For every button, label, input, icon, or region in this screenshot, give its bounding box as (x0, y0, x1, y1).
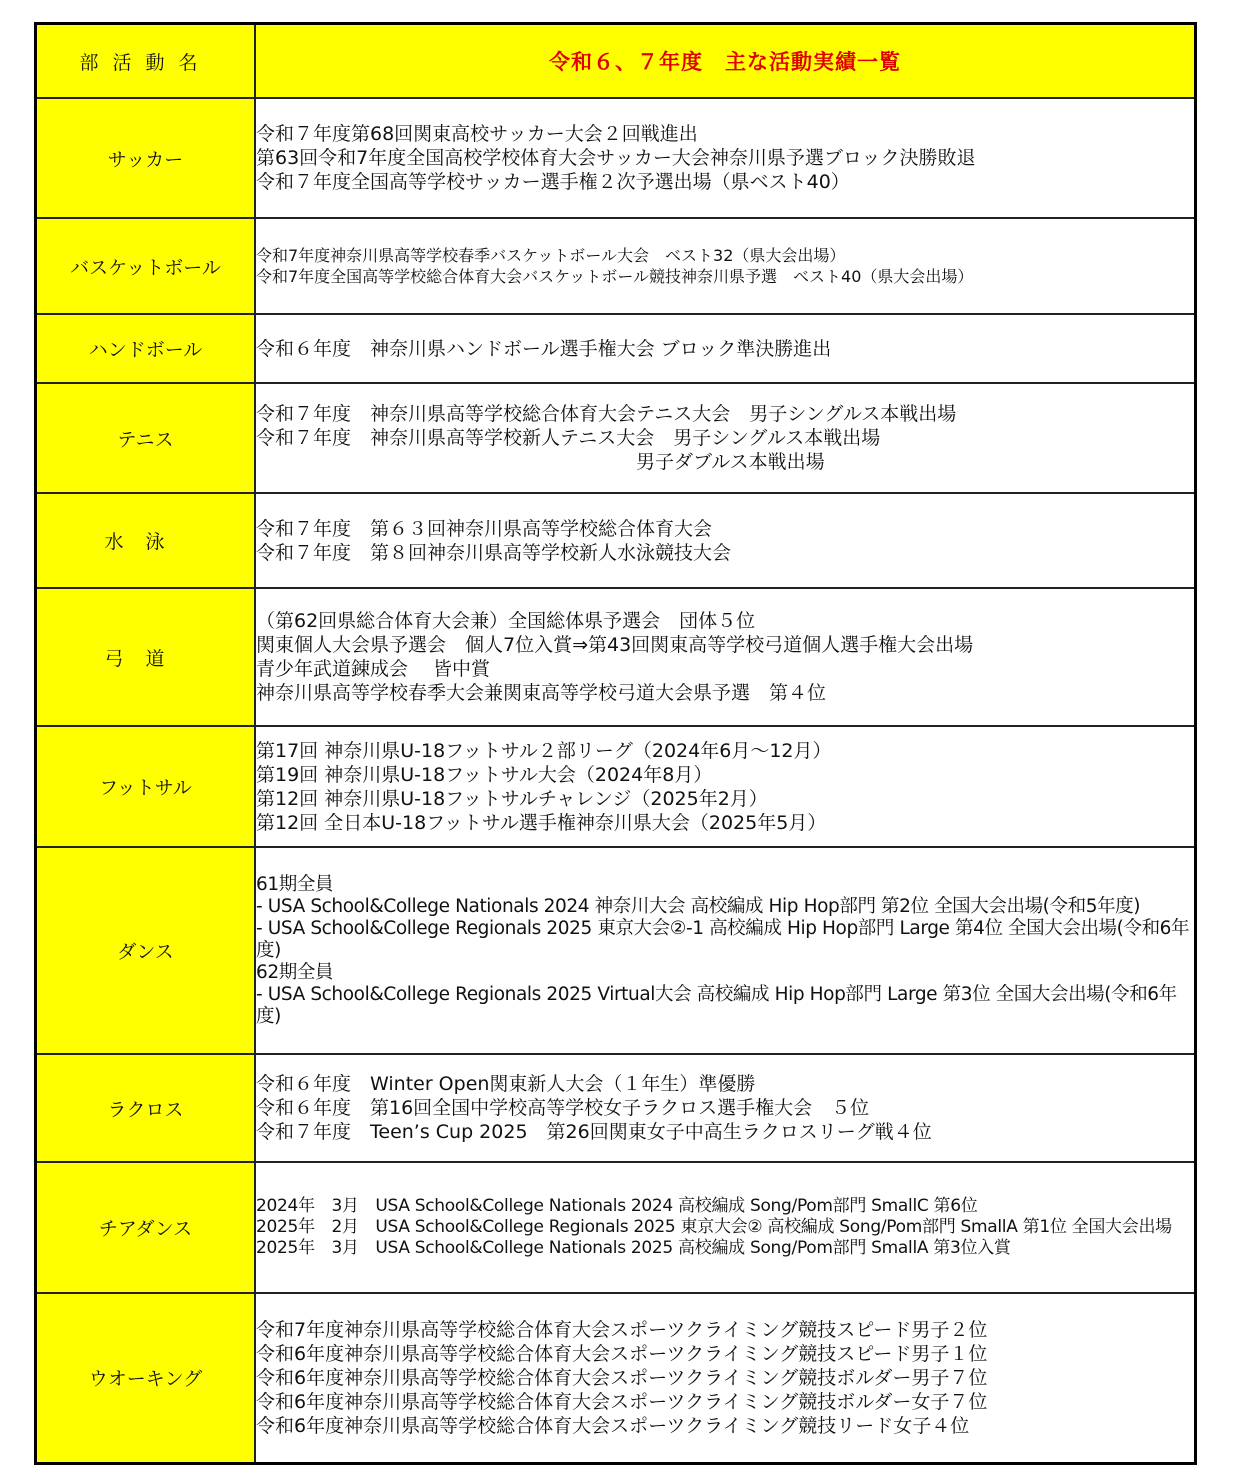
achievement-line: 令和６年度 第16回全国中学校高等学校女子ラクロス選手権大会 ５位 (256, 1096, 1194, 1120)
achievements-cell: 第17回 神奈川県U-18フットサル２部リーグ（2024年6月～12月） 第19… (255, 726, 1196, 847)
club-name: ダンス (36, 847, 256, 1054)
achievements-cell: 令和７年度第68回関東高校サッカー大会２回戦進出 第63回令和7年度全国高校学校… (255, 98, 1196, 218)
club-name: 水泳 (36, 493, 256, 588)
achievement-line: 第12回 全日本U-18フットサル選手権神奈川県大会（2025年5月） (256, 811, 1194, 835)
achievement-line: 令和6年度神奈川県高等学校総合体育大会スポーツクライミング競技ボルダー男子７位 (256, 1366, 1194, 1390)
achievement-line: 2024年 3月 USA School&College Nationals 20… (256, 1196, 1194, 1217)
achievements-table: 部活動名 令和６、７年度 主な活動実績一覧 サッカー 令和７年度第68回関東高校… (34, 22, 1197, 1465)
achievement-line: 令和７年度 第６３回神奈川県高等学校総合体育大会 (256, 517, 1194, 541)
achievements-cell: （第62回県総合体育大会兼）全国総体県予選会 団体５位 関東個人大会県予選会 個… (255, 588, 1196, 726)
achievements-cell: 61期全員 - USA School&College Nationals 202… (255, 847, 1196, 1054)
table-row: ウオーキング 令和7年度神奈川県高等学校総合体育大会スポーツクライミング競技スピ… (36, 1293, 1196, 1463)
achievement-line: 62期全員 (256, 962, 1194, 984)
achievement-line: - USA School&College Regionals 2025 Virt… (256, 984, 1194, 1028)
achievement-line: 2025年 2月 USA School&College Regionals 20… (256, 1217, 1194, 1238)
achievement-line: 第19回 神奈川県U-18フットサル大会（2024年8月） (256, 763, 1194, 787)
achievements-cell: 令和６年度 神奈川県ハンドボール選手権大会 ブロック準決勝進出 (255, 314, 1196, 383)
table-row: サッカー 令和７年度第68回関東高校サッカー大会２回戦進出 第63回令和7年度全… (36, 98, 1196, 218)
achievement-line: 令和７年度 Teen’s Cup 2025 第26回関東女子中高生ラクロスリーグ… (256, 1120, 1194, 1144)
achievements-cell: 令和６年度 Winter Open関東新人大会（１年生）準優勝 令和６年度 第1… (255, 1054, 1196, 1162)
club-name: テニス (36, 383, 256, 493)
achievement-line: - USA School&College Regionals 2025 東京大会… (256, 918, 1194, 962)
achievements-cell: 2024年 3月 USA School&College Nationals 20… (255, 1162, 1196, 1293)
achievement-line: 神奈川県高等学校春季大会兼関東高等学校弓道大会県予選 第４位 (256, 681, 1194, 705)
club-name: フットサル (36, 726, 256, 847)
achievement-line: 令和７年度 神奈川県高等学校新人テニス大会 男子シングルス本戦出場 (256, 426, 1194, 450)
achievements-cell: 令和７年度 神奈川県高等学校総合体育大会テニス大会 男子シングルス本戦出場 令和… (255, 383, 1196, 493)
achievement-line: 令和7年度神奈川県高等学校総合体育大会スポーツクライミング競技スピード男子２位 (256, 1318, 1194, 1342)
achievement-line: 令和7年度神奈川県高等学校春季バスケットボール大会 ベスト32（県大会出場） (256, 245, 1194, 266)
header-row: 部活動名 令和６、７年度 主な活動実績一覧 (36, 24, 1196, 99)
achievement-line: 男子ダブルス本戦出場 (256, 450, 1194, 474)
table-row: ハンドボール 令和６年度 神奈川県ハンドボール選手権大会 ブロック準決勝進出 (36, 314, 1196, 383)
achievement-line: - USA School&College Nationals 2024 神奈川大… (256, 896, 1194, 918)
achievement-line: 第63回令和7年度全国高校学校体育大会サッカー大会神奈川県予選ブロック決勝敗退 (256, 146, 1194, 170)
table-row: バスケットボール 令和7年度神奈川県高等学校春季バスケットボール大会 ベスト32… (36, 218, 1196, 314)
club-name-column-header: 部活動名 (36, 24, 256, 99)
achievements-cell: 令和7年度神奈川県高等学校総合体育大会スポーツクライミング競技スピード男子２位 … (255, 1293, 1196, 1463)
achievement-line: 令和６年度 Winter Open関東新人大会（１年生）準優勝 (256, 1072, 1194, 1096)
club-name: ハンドボール (36, 314, 256, 383)
club-name: バスケットボール (36, 218, 256, 314)
table-row: ラクロス 令和６年度 Winter Open関東新人大会（１年生）準優勝 令和６… (36, 1054, 1196, 1162)
achievement-line: 令和6年度神奈川県高等学校総合体育大会スポーツクライミング競技リード女子４位 (256, 1414, 1194, 1438)
achievements-cell: 令和7年度神奈川県高等学校春季バスケットボール大会 ベスト32（県大会出場） 令… (255, 218, 1196, 314)
achievement-line: 令和７年度全国高等学校サッカー選手権２次予選出場（県ベスト40） (256, 170, 1194, 194)
club-name: サッカー (36, 98, 256, 218)
achievement-line: 関東個人大会県予選会 個人7位入賞⇒第43回関東高等学校弓道個人選手権大会出場 (256, 633, 1194, 657)
table-row: フットサル 第17回 神奈川県U-18フットサル２部リーグ（2024年6月～12… (36, 726, 1196, 847)
achievement-line: （第62回県総合体育大会兼）全国総体県予選会 団体５位 (256, 609, 1194, 633)
achievement-line: 令和7年度全国高等学校総合体育大会バスケットボール競技神奈川県予選 ベスト40（… (256, 266, 1194, 287)
achievement-line: 令和6年度神奈川県高等学校総合体育大会スポーツクライミング競技ボルダー女子７位 (256, 1390, 1194, 1414)
achievement-line: 令和6年度神奈川県高等学校総合体育大会スポーツクライミング競技スピード男子１位 (256, 1342, 1194, 1366)
table-row: テニス 令和７年度 神奈川県高等学校総合体育大会テニス大会 男子シングルス本戦出… (36, 383, 1196, 493)
table-row: 水泳 令和７年度 第６３回神奈川県高等学校総合体育大会 令和７年度 第８回神奈川… (36, 493, 1196, 588)
achievement-line: 第12回 神奈川県U-18フットサルチャレンジ（2025年2月） (256, 787, 1194, 811)
achievement-line: 令和７年度第68回関東高校サッカー大会２回戦進出 (256, 122, 1194, 146)
table-row: ダンス 61期全員 - USA School&College Nationals… (36, 847, 1196, 1054)
achievement-line: 第17回 神奈川県U-18フットサル２部リーグ（2024年6月～12月） (256, 739, 1194, 763)
club-name: チアダンス (36, 1162, 256, 1293)
club-name: 弓道 (36, 588, 256, 726)
table-row: チアダンス 2024年 3月 USA School&College Nation… (36, 1162, 1196, 1293)
club-name: ウオーキング (36, 1293, 256, 1463)
achievement-line: 令和７年度 第８回神奈川県高等学校新人水泳競技大会 (256, 541, 1194, 565)
table-row: 弓道 （第62回県総合体育大会兼）全国総体県予選会 団体５位 関東個人大会県予選… (36, 588, 1196, 726)
achievement-line: 61期全員 (256, 874, 1194, 896)
club-name: ラクロス (36, 1054, 256, 1162)
achievement-line: 令和７年度 神奈川県高等学校総合体育大会テニス大会 男子シングルス本戦出場 (256, 402, 1194, 426)
achievement-line: 青少年武道錬成会 皆中賞 (256, 657, 1194, 681)
achievements-cell: 令和７年度 第６３回神奈川県高等学校総合体育大会 令和７年度 第８回神奈川県高等… (255, 493, 1196, 588)
table-title: 令和６、７年度 主な活動実績一覧 (255, 24, 1196, 99)
achievement-line: 令和６年度 神奈川県ハンドボール選手権大会 ブロック準決勝進出 (256, 337, 1194, 361)
achievement-line: 2025年 3月 USA School&College Nationals 20… (256, 1238, 1194, 1259)
